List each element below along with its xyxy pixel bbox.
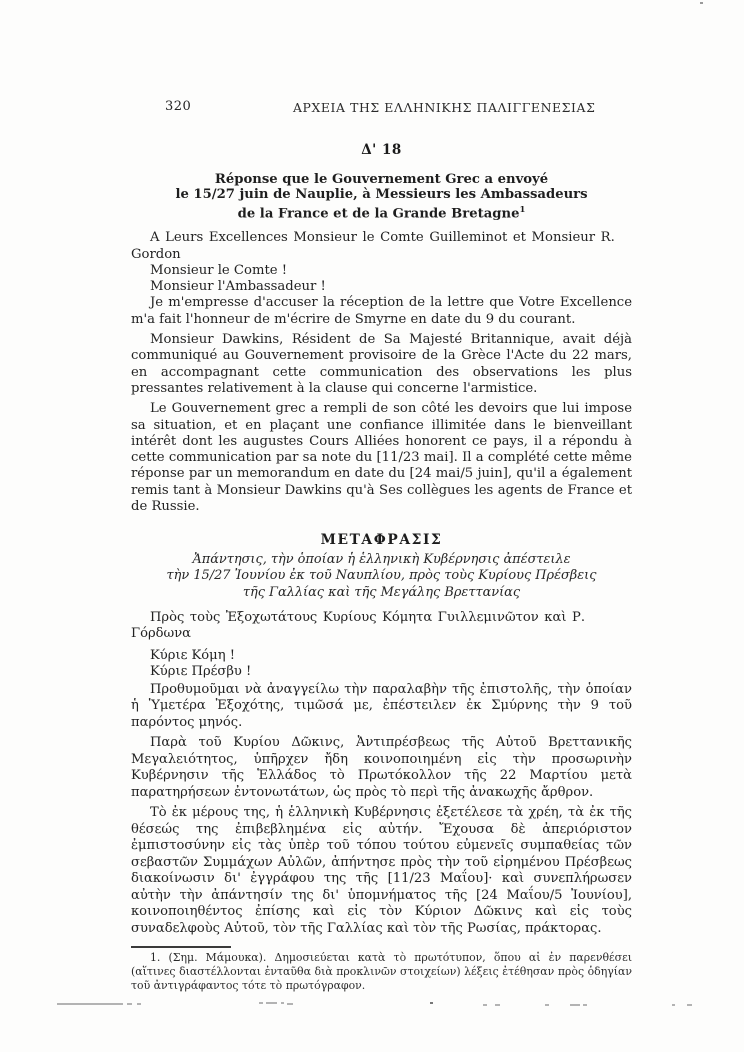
greek-subtitle-line: τὴν 15/27 Ἰουνίου ἐκ τοῦ Ναυπλίου, πρὸς … [131, 568, 632, 584]
french-body: A Leurs Excellences Monsieur le Comte Gu… [131, 230, 632, 515]
scan-artifact-dash [137, 1003, 141, 1005]
footnote-text: 1. (Σημ. Μάμουκα). Δημοσιεύεται κατὰ τὸ … [131, 951, 632, 993]
scan-artifact-dash [687, 1004, 692, 1006]
text-column: Δ' 18 Réponse que le Gouvernement Grec a… [131, 142, 632, 993]
scan-artifact-dot [430, 1002, 433, 1004]
french-salutation: Monsieur l'Ambassadeur ! [131, 279, 632, 295]
greek-paragraph: Τὸ ἐκ μέρους της, ἡ ἑλληνικὴ Κυβέρνησις … [131, 805, 632, 937]
scan-artifact-dash [281, 1002, 284, 1004]
scan-artifact-dash [287, 1003, 293, 1005]
greek-subtitle-line: Ἀπάντησις, τὴν ὁποίαν ἡ ἑλληνικὴ Κυβέρνη… [131, 552, 632, 568]
document-number: Δ' 18 [131, 142, 632, 158]
scan-artifact-dash [672, 1004, 675, 1006]
scan-artifact-dash [259, 1002, 263, 1004]
french-salutation: Monsieur le Comte ! [131, 263, 632, 279]
greek-paragraph: Παρὰ τοῦ Κυρίου Δῶκινς, Ἀντιπρέσβεως τῆς… [131, 735, 632, 801]
scan-artifact-dash [57, 1003, 123, 1005]
french-paragraph: Monsieur Dawkins, Résident de Sa Majesté… [131, 332, 632, 397]
greek-subtitle-line: τῆς Γαλλίας καὶ τῆς Μεγάλης Βρεττανίας [131, 585, 632, 601]
scan-artifact-dash [266, 1002, 277, 1004]
french-title-line: le 15/27 juin de Nauplie, à Messieurs le… [131, 187, 632, 202]
page-number: 320 [165, 99, 191, 114]
scan-artifact-dash [495, 1004, 500, 1006]
french-title-line-text: de la France et de la Grande Bretagne [238, 206, 520, 221]
french-title-line: de la France et de la Grande Bretagne1 [131, 203, 632, 222]
greek-salutation: Κύριε Πρέσβυ ! [131, 664, 632, 681]
french-paragraph: Je m'empresse d'accuser la réception de … [131, 295, 632, 328]
greek-body: Πρὸς τοὺς Ἐξοχωτάτους Κυρίους Κόμητα Γυι… [131, 610, 632, 938]
french-title-line: Réponse que le Gouvernement Grec a envoy… [131, 172, 632, 187]
greek-salutations: Κύριε Κόμη ! Κύριε Πρέσβυ ! [131, 648, 632, 681]
scan-artifact-dash [483, 1004, 487, 1006]
greek-paragraph: Προθυμοῦμαι νὰ ἀναγγείλω τὴν παραλαβὴν τ… [131, 682, 632, 732]
greek-salutation: Κύριε Κόμη ! [131, 648, 632, 665]
greek-address: Πρὸς τοὺς Ἐξοχωτάτους Κυρίους Κόμητα Γυι… [131, 610, 632, 643]
scan-artifact-dash [545, 1004, 549, 1006]
french-paragraph: Le Gouvernement grec a rempli de son côt… [131, 401, 632, 515]
running-title: ΑΡΧΕΙΑ ΤΗΣ ΕΛΛΗΝΙΚΗΣ ΠΑΛΙΓΓΕΝΕΣΙΑΣ [293, 100, 595, 115]
scan-artifact-dash [570, 1004, 580, 1006]
scan-artifact-dash [127, 1003, 132, 1005]
scan-artifact-dash [583, 1004, 587, 1006]
greek-subtitle: Ἀπάντησις, τὴν ὁποίαν ἡ ἑλληνικὴ Κυβέρνη… [131, 552, 632, 600]
scanned-book-page: 320 ΑΡΧΕΙΑ ΤΗΣ ΕΛΛΗΝΙΚΗΣ ΠΑΛΙΓΓΕΝΕΣΙΑΣ Δ… [0, 0, 744, 1052]
scan-artifact-speck [700, 2, 703, 4]
french-address: A Leurs Excellences Monsieur le Comte Gu… [131, 230, 632, 263]
footnote-rule [131, 946, 231, 948]
french-title: Réponse que le Gouvernement Grec a envoy… [131, 172, 632, 221]
footnote-ref: 1 [519, 205, 525, 215]
greek-section-heading: ΜΕΤΑΦΡΑΣΙΣ [131, 532, 632, 548]
